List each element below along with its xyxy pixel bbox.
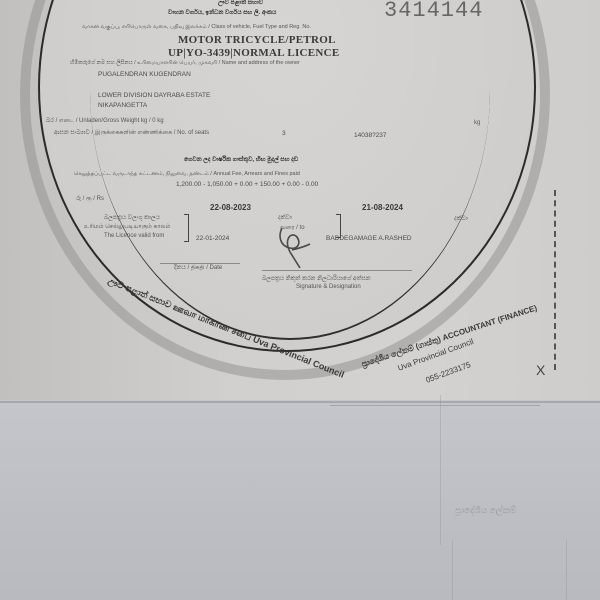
weight-label: බර / எடை / Unladen/Gross Weight kg / 0 k…: [46, 118, 164, 125]
owner-name: PUGALENDRAN KUGENDRAN: [98, 71, 191, 78]
header-council-text: ඌව පළාත් සභාව: [218, 0, 263, 7]
faint-table-line: [452, 540, 453, 600]
faint-table-line: [566, 540, 567, 600]
licence-valid-label-en: The Licence valid from: [104, 233, 164, 239]
signature-label-en: Signature & Designation: [296, 284, 361, 290]
valid-from-date: 22-08-2023: [210, 203, 251, 212]
signature-dotted-line: [554, 190, 556, 370]
faint-table-line: [440, 395, 441, 545]
seats-label: ආසන සංඛ්‍යාව / இருக்கைகளின் எண்ணிக்கை / …: [54, 130, 209, 137]
date-label: දිනය / திகதி / Date: [174, 265, 222, 272]
owner-address-line2: NIKAPANGETTA: [98, 102, 147, 109]
valid-to-date: 21-08-2024: [362, 203, 403, 212]
seats-value: 3: [282, 130, 286, 137]
header-line-2: වාහන වර්ගය, ඉන්ධන වර්ගය සහ ලි. අංකය: [168, 10, 276, 17]
sign-here-mark: X: [536, 362, 545, 378]
vehicle-class-value: MOTOR TRICYCLE/PETROL: [178, 34, 336, 46]
date-line: [160, 263, 240, 264]
bracket-divider: [184, 214, 189, 242]
licence-valid-label-ta: உரிமம் செல்லுபடியாகும் காலம்: [84, 224, 170, 231]
registration-value: UP|YO-3439|NORMAL LICENCE: [168, 47, 340, 59]
vehicle-class-label: வாகன வகுப்பு, எரிபொருள் வகை, பதிவு இலக்க…: [82, 24, 311, 31]
signature-line: [262, 270, 412, 271]
issuing-officer: BADDEGAMAGE A.RASHED: [326, 235, 412, 242]
faint-table-line: [330, 405, 540, 406]
fee-values: 1,200.00 - 1,050.00 + 0.00 + 150.00 + 0.…: [176, 181, 318, 188]
weight-unit: kg: [474, 120, 480, 126]
owner-label: හිමිකරුගේ නම සහ ලිපිනය / உரிமையாளரின் பெ…: [70, 60, 300, 67]
signature-label: බලපත්‍රය නිකුත් කරන නිලධාරියාගේ අත්සන: [262, 276, 371, 283]
fee-heading: ගෙවන ලද වාර්ෂික ගාස්තුව, හිඟ මුදල් සහ දඩ: [184, 157, 298, 164]
owner-address-line1: LOWER DIVISION DAYRABA ESTATE: [98, 92, 210, 99]
licence-serial-number: 3414144: [384, 0, 483, 23]
officer-signature: [276, 224, 336, 274]
faint-bleed-text: ප්‍රාදේශීය ලේකම්: [455, 505, 516, 516]
to-label: දක්වා: [278, 215, 292, 222]
chassis-value: 14038?237: [354, 132, 387, 139]
rs-label: රු / ரூ / Rs: [76, 196, 104, 203]
fee-label: செலுத்தப்பட்ட வருடாந்த கட்டணம், நிலுவை, …: [74, 171, 300, 178]
issue-date: 22-01-2024: [196, 235, 229, 242]
licence-valid-label-si: බලපත්‍රය වලංගු කාලය: [104, 215, 160, 222]
right-side-label: දක්වා: [454, 216, 468, 223]
paper-fold-line: [0, 401, 600, 403]
lower-paper-sheet: [0, 400, 600, 600]
